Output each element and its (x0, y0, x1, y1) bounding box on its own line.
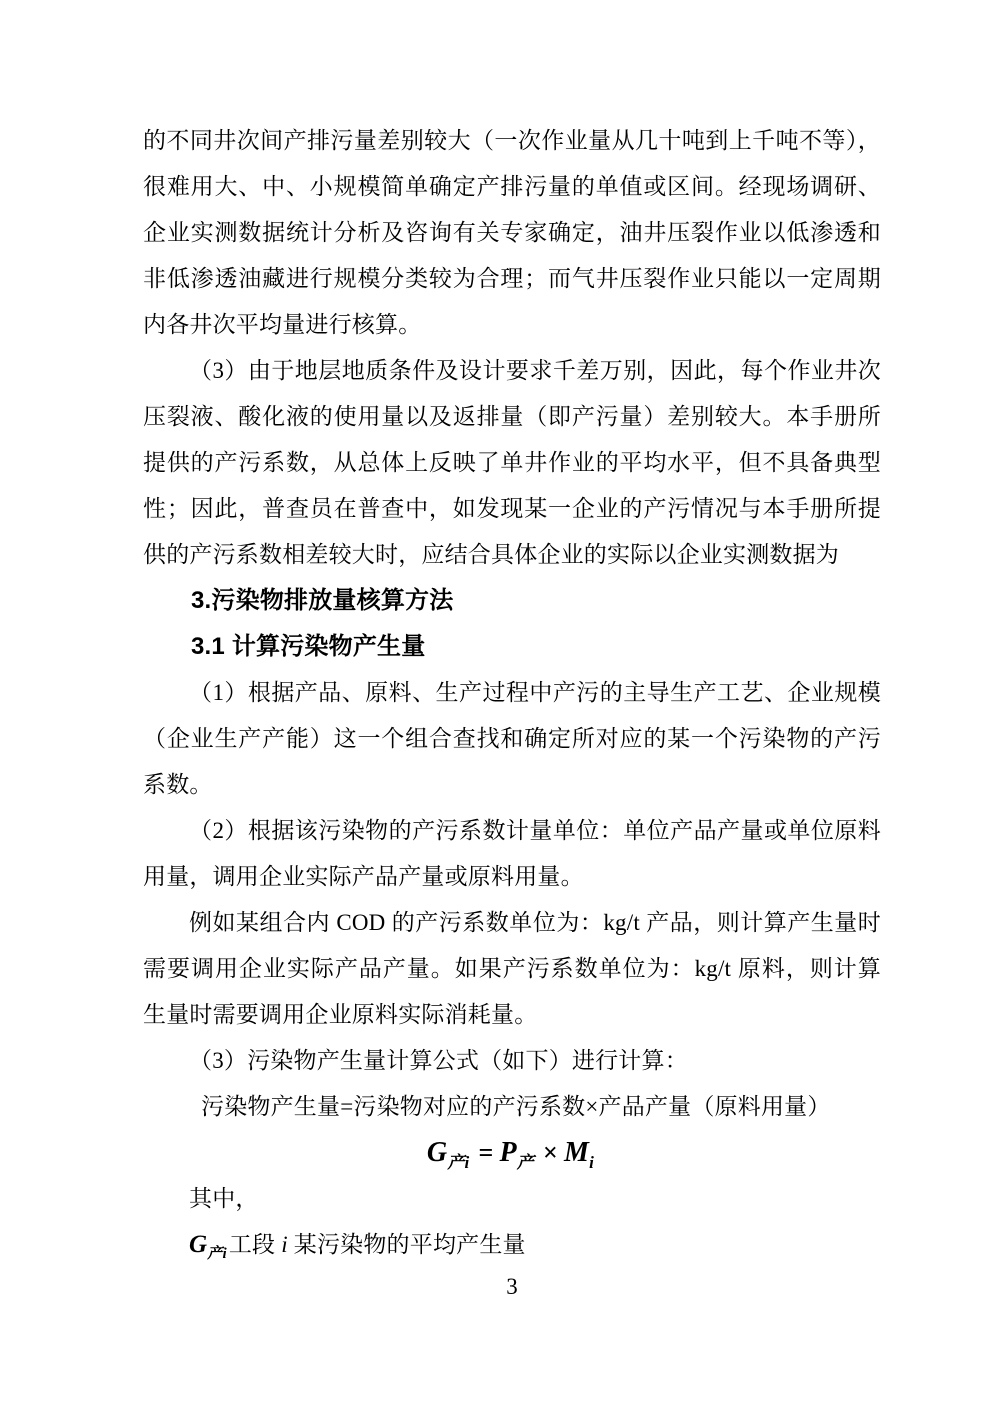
definition-text: 某污染物的平均产生量 (288, 1232, 526, 1257)
body-line: （3）污染物产生量计算公式（如下）进行计算： (143, 1038, 881, 1084)
body-line: 企业实测数据统计分析及咨询有关专家确定，油井压裂作业以低渗透和 (143, 210, 881, 256)
body-line: 内各井次平均量进行核算。 (143, 302, 881, 348)
body-line: 压裂液、酸化液的使用量以及返排量（即产污量）差别较大。本手册所 (143, 394, 881, 440)
body-line: 生量时需要调用企业原料实际消耗量。 (143, 992, 881, 1038)
equals-sign: = (472, 1138, 499, 1167)
body-line: 提供的产污系数，从总体上反映了单井作业的平均水平，但不具备典型 (143, 440, 881, 486)
formula-quantity-symbol: M (564, 1137, 589, 1168)
body-line: 需要调用企业实际产品产量。如果产污系数单位为：kg/t 原料，则计算产 (143, 946, 881, 992)
variable-symbol: G (189, 1231, 207, 1258)
body-line: （2）根据该污染物的产污系数计量单位：单位产品产量或单位原料 (143, 808, 881, 854)
document-page: 的不同井次间产排污量差别较大（一次作业量从几十吨到上千吨不等）， 很难用大、中、… (0, 0, 1000, 1414)
formula-lhs-subscript: 产i (447, 1153, 469, 1172)
formula-quantity-subscript: i (589, 1153, 594, 1172)
body-line: （3）由于地层地质条件及设计要求千差万别，因此，每个作业井次 (143, 348, 881, 394)
variable-definition-line: G产i工段 i 某污染物的平均产生量 (143, 1222, 881, 1268)
formula: G产i=P产×Mi (143, 1130, 881, 1176)
formula-coefficient-subscript: 产 (517, 1153, 534, 1172)
equation-text-line: 污染物产生量=污染物对应的产污系数×产品产量（原料用量） (143, 1084, 881, 1130)
definition-text: 工段 (229, 1232, 281, 1257)
body-line: 用量，调用企业实际产品产量或原料用量。 (143, 854, 881, 900)
section-heading: 3.污染物排放量核算方法 (143, 578, 881, 624)
multiply-sign: × (537, 1138, 564, 1167)
body-line: 的不同井次间产排污量差别较大（一次作业量从几十吨到上千吨不等）， (143, 118, 881, 164)
body-line: 其中， (143, 1176, 881, 1222)
body-line: （1）根据产品、原料、生产过程中产污的主导生产工艺、企业规模 (143, 670, 881, 716)
body-line: 例如某组合内 COD 的产污系数单位为：kg/t 产品，则计算产生量时 (143, 900, 881, 946)
body-line: 很难用大、中、小规模简单确定产排污量的单值或区间。经现场调研、 (143, 164, 881, 210)
subsection-heading: 3.1 计算污染物产生量 (143, 624, 881, 670)
body-line: 非低渗透油藏进行规模分类较为合理；而气井压裂作业只能以一定周期 (143, 256, 881, 302)
body-line: 性；因此，普查员在普查中，如发现某一企业的产污情况与本手册所提 (143, 486, 881, 532)
formula-coefficient-symbol: P (499, 1137, 516, 1168)
page-number: 3 (143, 1272, 881, 1302)
body-line: （企业生产产能）这一个组合查找和确定所对应的某一个污染物的产污 (143, 716, 881, 762)
index-variable: i (281, 1232, 288, 1257)
document-body: 的不同井次间产排污量差别较大（一次作业量从几十吨到上千吨不等）， 很难用大、中、… (143, 118, 881, 1268)
body-line: 系数。 (143, 762, 881, 808)
variable-subscript: 产i (207, 1246, 227, 1262)
formula-lhs-symbol: G (427, 1137, 447, 1168)
body-line: 供的产污系数相差较大时，应结合具体企业的实际以企业实测数据为准。 (143, 532, 881, 578)
